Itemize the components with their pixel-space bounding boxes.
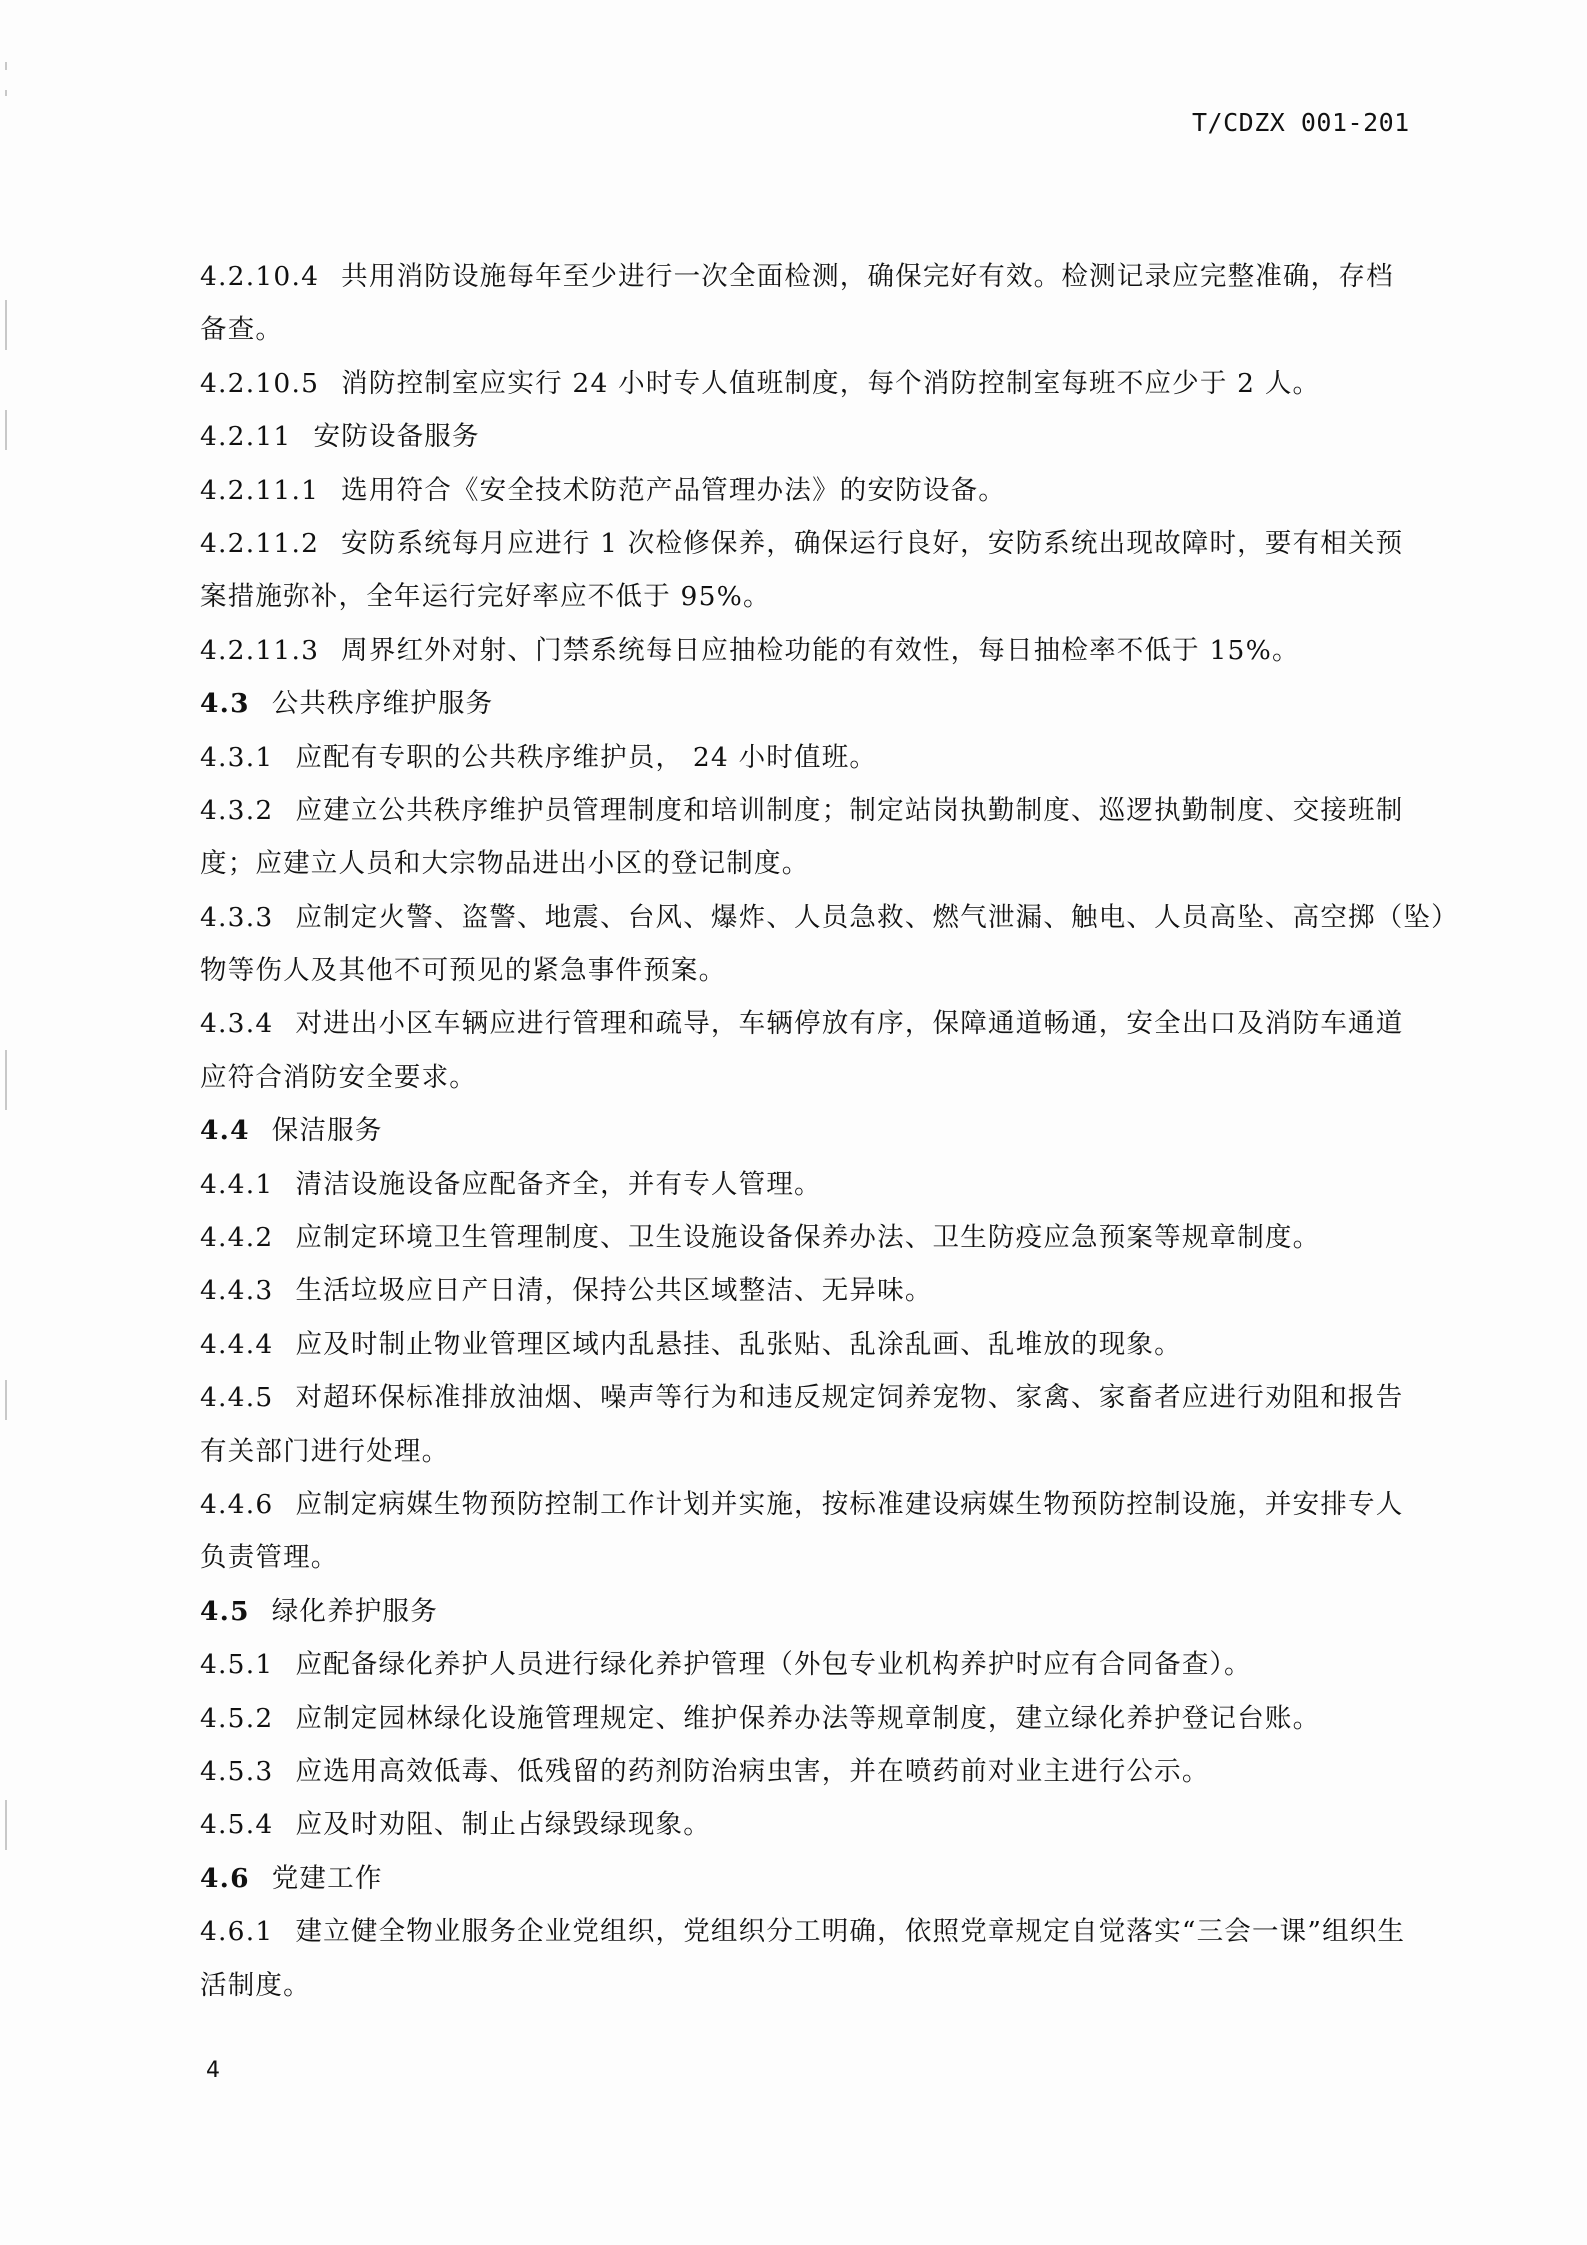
clause-continuation: 案措施弥补，全年运行完好率应不低于 95%。 bbox=[200, 570, 1390, 623]
clause-line: 4.5.2应制定园林绿化设施管理规定、维护保养办法等规章制度，建立绿化养护登记台… bbox=[200, 1692, 1390, 1745]
clause-line: 4.5.1应配备绿化养护人员进行绿化养护管理（外包专业机构养护时应有合同备查）。 bbox=[200, 1638, 1390, 1691]
scan-artifact bbox=[5, 62, 7, 70]
clause-number: 4.5.2 bbox=[200, 1692, 273, 1745]
clause-text: 活制度。 bbox=[200, 1970, 311, 2001]
clause-number: 4.2.11.3 bbox=[200, 624, 319, 677]
clause-line: 4.4.4应及时制止物业管理区域内乱悬挂、乱张贴、乱涂乱画、乱堆放的现象。 bbox=[200, 1318, 1390, 1371]
clause-line: 4.2.10.5消防控制室应实行 24 小时专人值班制度，每个消防控制室每班不应… bbox=[200, 357, 1390, 410]
clause-text: 应制定火警、盗警、地震、台风、爆炸、人员急救、燃气泄漏、触电、人员高坠、高空掷（… bbox=[295, 902, 1458, 933]
clause-number: 4.3.3 bbox=[200, 891, 273, 944]
clause-line: 4.2.10.4共用消防设施每年至少进行一次全面检测，确保完好有效。检测记录应完… bbox=[200, 250, 1390, 303]
clause-text: 生活垃圾应日产日清，保持公共区域整洁、无异味。 bbox=[295, 1275, 932, 1306]
clause-line: 4.3.2应建立公共秩序维护员管理制度和培训制度；制定站岗执勤制度、巡逻执勤制度… bbox=[200, 784, 1390, 837]
clause-number: 4.5.1 bbox=[200, 1638, 273, 1691]
clause-text: 备查。 bbox=[200, 314, 283, 345]
clause-text: 对超环保标准排放油烟、噪声等行为和违反规定饲养宠物、家禽、家畜者应进行劝阻和报告 bbox=[295, 1382, 1403, 1413]
clause-continuation: 活制度。 bbox=[200, 1959, 1390, 2012]
clause-text: 应配有专职的公共秩序维护员， 24 小时值班。 bbox=[295, 742, 877, 773]
clause-text: 建立健全物业服务企业党组织，党组织分工明确，依照党章规定自觉落实“三会一课”组织… bbox=[295, 1916, 1405, 1947]
clause-number: 4.4.1 bbox=[200, 1158, 273, 1211]
document-body: 4.2.10.4共用消防设施每年至少进行一次全面检测，确保完好有效。检测记录应完… bbox=[200, 250, 1390, 2012]
clause-number: 4.4.2 bbox=[200, 1211, 273, 1264]
clause-text: 应符合消防安全要求。 bbox=[200, 1062, 477, 1093]
clause-line: 4.4.5对超环保标准排放油烟、噪声等行为和违反规定饲养宠物、家禽、家畜者应进行… bbox=[200, 1371, 1390, 1424]
clause-number: 4.5.4 bbox=[200, 1798, 273, 1851]
clause-number: 4.2.10.5 bbox=[200, 357, 319, 410]
clause-number: 4.5.3 bbox=[200, 1745, 273, 1798]
clause-continuation: 负责管理。 bbox=[200, 1531, 1390, 1584]
scan-artifact bbox=[5, 90, 7, 96]
clause-text: 应制定环境卫生管理制度、卫生设施设备保养办法、卫生防疫应急预案等规章制度。 bbox=[295, 1222, 1320, 1253]
clause-text: 安防系统每月应进行 1 次检修保养，确保运行良好，安防系统出现故障时，要有相关预 bbox=[341, 528, 1403, 559]
clause-text: 对进出小区车辆应进行管理和疏导，车辆停放有序，保障通道畅通，安全出口及消防车通道 bbox=[295, 1008, 1403, 1039]
clause-line: 4.5.3应选用高效低毒、低残留的药剂防治病虫害，并在喷药前对业主进行公示。 bbox=[200, 1745, 1390, 1798]
clause-number: 4.4.4 bbox=[200, 1318, 273, 1371]
section-heading: 4.4保洁服务 bbox=[200, 1104, 1390, 1157]
clause-continuation: 应符合消防安全要求。 bbox=[200, 1051, 1390, 1104]
clause-number: 4.3.2 bbox=[200, 784, 273, 837]
clause-number: 4.6.1 bbox=[200, 1905, 273, 1958]
page-number: 4 bbox=[206, 2058, 220, 2083]
clause-continuation: 备查。 bbox=[200, 303, 1390, 356]
clause-number: 4.5 bbox=[200, 1585, 250, 1638]
clause-line: 4.4.3生活垃圾应日产日清，保持公共区域整洁、无异味。 bbox=[200, 1264, 1390, 1317]
document-code-header: T/CDZX 001-201 bbox=[1192, 108, 1410, 137]
clause-continuation: 物等伤人及其他不可预见的紧急事件预案。 bbox=[200, 944, 1390, 997]
clause-text: 绿化养护服务 bbox=[272, 1596, 438, 1627]
clause-line: 4.4.6应制定病媒生物预防控制工作计划并实施，按标准建设病媒生物预防控制设施，… bbox=[200, 1478, 1390, 1531]
clause-text: 应及时制止物业管理区域内乱悬挂、乱张贴、乱涂乱画、乱堆放的现象。 bbox=[295, 1329, 1181, 1360]
clause-line: 4.5.4应及时劝阻、制止占绿毁绿现象。 bbox=[200, 1798, 1390, 1851]
clause-text: 负责管理。 bbox=[200, 1542, 339, 1573]
clause-number: 4.4.3 bbox=[200, 1264, 273, 1317]
scan-artifact bbox=[5, 1800, 7, 1850]
clause-text: 选用符合《安全技术防范产品管理办法》的安防设备。 bbox=[341, 475, 1006, 506]
document-page: T/CDZX 001-201 4.2.10.4共用消防设施每年至少进行一次全面检… bbox=[0, 0, 1587, 2245]
clause-line: 4.2.11安防设备服务 bbox=[200, 410, 1390, 463]
clause-continuation: 度；应建立人员和大宗物品进出小区的登记制度。 bbox=[200, 837, 1390, 890]
section-heading: 4.5绿化养护服务 bbox=[200, 1585, 1390, 1638]
clause-number: 4.3.4 bbox=[200, 997, 273, 1050]
clause-text: 应建立公共秩序维护员管理制度和培训制度；制定站岗执勤制度、巡逻执勤制度、交接班制 bbox=[295, 795, 1403, 826]
clause-number: 4.3 bbox=[200, 677, 250, 730]
clause-line: 4.3.1应配有专职的公共秩序维护员， 24 小时值班。 bbox=[200, 731, 1390, 784]
clause-number: 4.3.1 bbox=[200, 731, 273, 784]
clause-text: 清洁设施设备应配备齐全，并有专人管理。 bbox=[295, 1169, 821, 1200]
clause-line: 4.4.1清洁设施设备应配备齐全，并有专人管理。 bbox=[200, 1158, 1390, 1211]
scan-artifact bbox=[5, 1050, 7, 1110]
clause-line: 4.3.4对进出小区车辆应进行管理和疏导，车辆停放有序，保障通道畅通，安全出口及… bbox=[200, 997, 1390, 1050]
clause-text: 案措施弥补，全年运行完好率应不低于 95%。 bbox=[200, 581, 771, 612]
clause-text: 公共秩序维护服务 bbox=[272, 688, 494, 719]
clause-text: 应及时劝阻、制止占绿毁绿现象。 bbox=[295, 1809, 711, 1840]
clause-number: 4.2.11 bbox=[200, 410, 292, 463]
section-heading: 4.6党建工作 bbox=[200, 1852, 1390, 1905]
clause-line: 4.4.2应制定环境卫生管理制度、卫生设施设备保养办法、卫生防疫应急预案等规章制… bbox=[200, 1211, 1390, 1264]
clause-text: 消防控制室应实行 24 小时专人值班制度，每个消防控制室每班不应少于 2 人。 bbox=[341, 368, 1320, 399]
scan-artifact bbox=[5, 1380, 7, 1420]
clause-text: 应制定园林绿化设施管理规定、维护保养办法等规章制度，建立绿化养护登记台账。 bbox=[295, 1703, 1320, 1734]
clause-text: 物等伤人及其他不可预见的紧急事件预案。 bbox=[200, 955, 726, 986]
clause-text: 安防设备服务 bbox=[314, 421, 480, 452]
clause-line: 4.3.3应制定火警、盗警、地震、台风、爆炸、人员急救、燃气泄漏、触电、人员高坠… bbox=[200, 891, 1390, 944]
clause-line: 4.2.11.3周界红外对射、门禁系统每日应抽检功能的有效性，每日抽检率不低于 … bbox=[200, 624, 1390, 677]
clause-text: 应配备绿化养护人员进行绿化养护管理（外包专业机构养护时应有合同备查）。 bbox=[295, 1649, 1251, 1680]
clause-continuation: 有关部门进行处理。 bbox=[200, 1425, 1390, 1478]
clause-text: 有关部门进行处理。 bbox=[200, 1436, 449, 1467]
clause-number: 4.4.6 bbox=[200, 1478, 273, 1531]
clause-text: 党建工作 bbox=[272, 1863, 383, 1894]
section-heading: 4.3公共秩序维护服务 bbox=[200, 677, 1390, 730]
clause-number: 4.4.5 bbox=[200, 1371, 273, 1424]
clause-text: 保洁服务 bbox=[272, 1115, 383, 1146]
clause-number: 4.2.11.2 bbox=[200, 517, 319, 570]
clause-text: 共用消防设施每年至少进行一次全面检测，确保完好有效。检测记录应完整准确，存档 bbox=[341, 261, 1394, 292]
clause-text: 周界红外对射、门禁系统每日应抽检功能的有效性，每日抽检率不低于 15%。 bbox=[341, 635, 1300, 666]
clause-number: 4.2.11.1 bbox=[200, 464, 319, 517]
scan-artifact bbox=[5, 410, 7, 450]
clause-number: 4.4 bbox=[200, 1104, 250, 1157]
clause-number: 4.6 bbox=[200, 1852, 250, 1905]
clause-text: 应选用高效低毒、低残留的药剂防治病虫害，并在喷药前对业主进行公示。 bbox=[295, 1756, 1209, 1787]
clause-text: 应制定病媒生物预防控制工作计划并实施，按标准建设病媒生物预防控制设施，并安排专人 bbox=[295, 1489, 1403, 1520]
clause-line: 4.6.1建立健全物业服务企业党组织，党组织分工明确，依照党章规定自觉落实“三会… bbox=[200, 1905, 1390, 1958]
clause-line: 4.2.11.2安防系统每月应进行 1 次检修保养，确保运行良好，安防系统出现故… bbox=[200, 517, 1390, 570]
clause-line: 4.2.11.1选用符合《安全技术防范产品管理办法》的安防设备。 bbox=[200, 464, 1390, 517]
scan-artifact bbox=[5, 300, 7, 350]
clause-number: 4.2.10.4 bbox=[200, 250, 319, 303]
clause-text: 度；应建立人员和大宗物品进出小区的登记制度。 bbox=[200, 848, 809, 879]
